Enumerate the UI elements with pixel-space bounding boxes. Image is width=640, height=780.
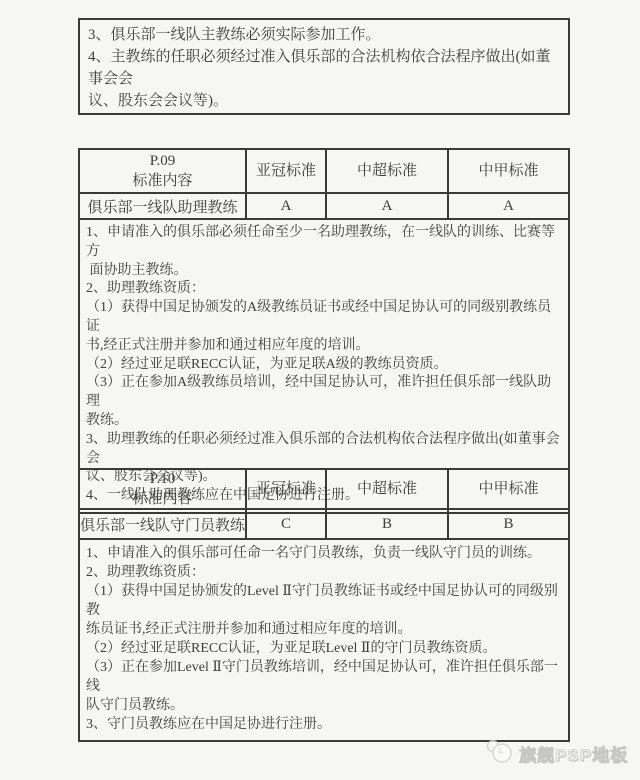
p09-header-label: 标准内容	[132, 171, 192, 191]
p10-standard-content-cell: P.10 标准内容	[80, 470, 247, 510]
p09-col-header-csl-standard: 中超标准	[327, 150, 449, 194]
p09-note-line: （1）获得中国足协颁发的A级教练员证书或经中国足协认可的同级别教练员证	[86, 299, 562, 337]
p09-col-header-league-one-standard: 中甲标准	[449, 150, 568, 194]
p10-note-line: 2、助理教练资质：	[86, 563, 562, 582]
p09-col-header-acl-standard: 亚冠标准	[247, 150, 327, 194]
p10-col-header-acl-standard: 亚冠标准	[247, 470, 327, 510]
watermark-text: 旗舰PSP地板	[519, 741, 628, 766]
watermark-logo-icon	[484, 738, 514, 769]
note-line: 议、股东会会议等)。	[88, 90, 560, 112]
p10-col-header-csl-standard: 中超标准	[327, 470, 449, 510]
section-p09-assistant-coach: P.09 标准内容 亚冠标准 中超标准 中甲标准 俱乐部一线队助理教练 A A …	[78, 148, 570, 514]
p10-value-csl: B	[327, 510, 449, 540]
p10-note-line: （1）获得中国足协颁发的Level Ⅱ守门员教练证书或经中国足协认可的同级别教	[86, 582, 562, 620]
p09-note-line: 书,经正式注册并参加和通过相应年度的培训。	[86, 337, 562, 356]
note-line: 5、一线队主教练应在中国足协进行注册。	[88, 112, 560, 115]
p10-note-line: 1、申请准入的俱乐部可任命一名守门员教练，负责一线队守门员的训练。	[86, 544, 562, 563]
p09-note-line: 1、申请准入的俱乐部必须任命至少一名助理教练，在一线队的训练、比赛等方	[86, 224, 562, 262]
p10-note-line: （3）正在参加Level Ⅱ守门员教练培训，经中国足协认可，准许担任俱乐部一线	[86, 658, 562, 696]
p10-code: P.10	[150, 469, 175, 489]
p09-standard-content-cell: P.09 标准内容	[80, 150, 247, 194]
p10-row-label: 俱乐部一线队守门员教练	[80, 510, 247, 540]
p09-value-csl: A	[327, 194, 449, 220]
document-page: 3、俱乐部一线队主教练必须实际参加工作。 4、主教练的任职必须经过准入俱乐部的合…	[0, 0, 640, 780]
p09-note-line: （2）经过亚足联RECC认证，为亚足联A级的教练员资质。	[86, 356, 562, 375]
p10-note-line: 队守门员教练。	[86, 696, 562, 715]
p10-header-label: 标准内容	[132, 489, 192, 509]
p09-note-line: 3、助理教练的任职必须经过准入俱乐部的合法机构依合法程序做出(如董事会会	[86, 431, 562, 469]
note-line: 4、主教练的任职必须经过准入俱乐部的合法机构依合法程序做出(如董事会会	[88, 46, 560, 90]
p09-note-line: 教练。	[86, 412, 562, 431]
p10-col-header-league-one-standard: 中甲标准	[449, 470, 568, 510]
p09-value-acl: A	[247, 194, 327, 220]
p10-note-line: 练员证书,经正式注册并参加和通过相应年度的培训。	[86, 620, 562, 639]
p09-table: P.09 标准内容 亚冠标准 中超标准 中甲标准 俱乐部一线队助理教练 A A …	[80, 150, 568, 512]
p10-note-line: 3、守门员教练应在中国足协进行注册。	[86, 715, 562, 734]
p10-value-league-one: B	[449, 510, 568, 540]
section-p10-goalkeeper-coach: P.10 标准内容 亚冠标准 中超标准 中甲标准 俱乐部一线队守门员教练 C B…	[78, 468, 570, 742]
p10-table: P.10 标准内容 亚冠标准 中超标准 中甲标准 俱乐部一线队守门员教练 C B…	[80, 470, 568, 740]
p09-code: P.09	[150, 151, 175, 171]
watermark: 旗舰PSP地板	[484, 738, 628, 769]
p10-note-line: （2）经过亚足联RECC认证，为亚足联Level Ⅱ的守门员教练资质。	[86, 639, 562, 658]
p09-note-line: 2、助理教练资质：	[86, 280, 562, 299]
section-head-coach-notes: 3、俱乐部一线队主教练必须实际参加工作。 4、主教练的任职必须经过准入俱乐部的合…	[78, 18, 570, 115]
p09-note-line: 面协助主教练。	[86, 262, 562, 281]
note-line: 3、俱乐部一线队主教练必须实际参加工作。	[88, 24, 560, 46]
p10-notes: 1、申请准入的俱乐部可任命一名守门员教练，负责一线队守门员的训练。 2、助理教练…	[80, 540, 568, 740]
p09-note-line: （3）正在参加A级教练员培训，经中国足协认可，准许担任俱乐部一线队助理	[86, 374, 562, 412]
p09-row-label: 俱乐部一线队助理教练	[80, 194, 247, 220]
p09-value-league-one: A	[449, 194, 568, 220]
p10-value-acl: C	[247, 510, 327, 540]
